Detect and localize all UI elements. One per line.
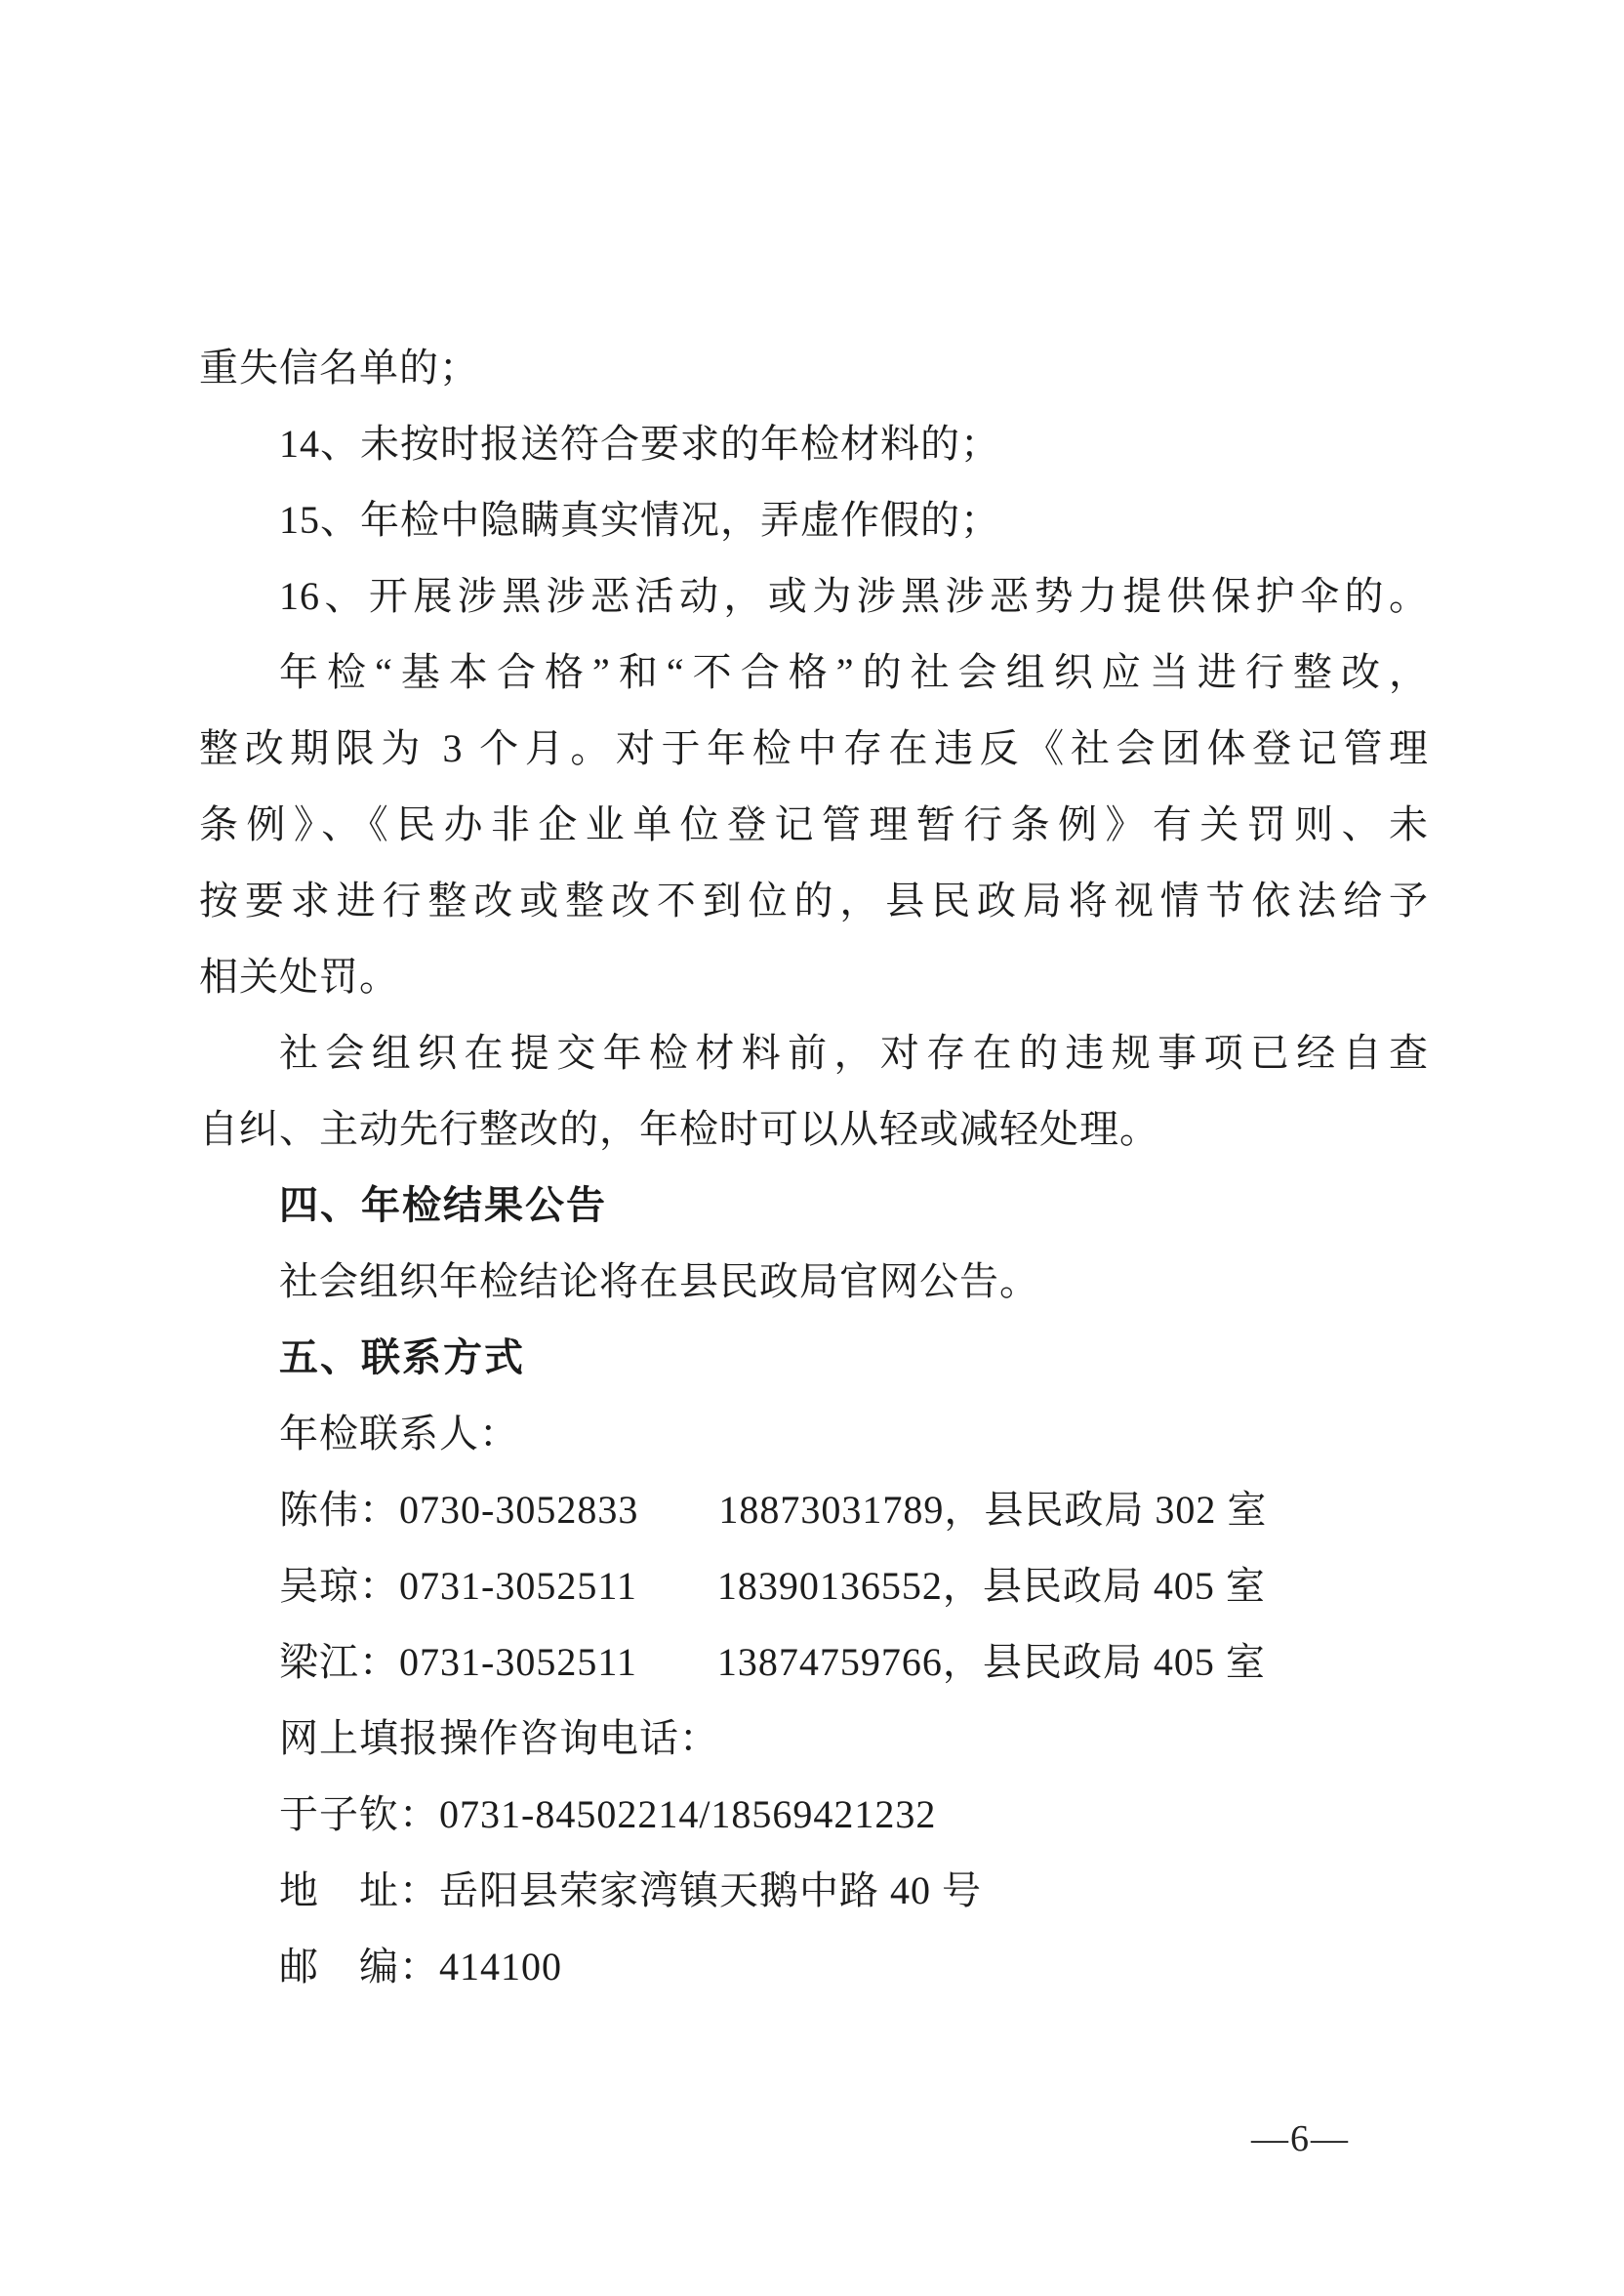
section-heading-5: 五、联系方式 <box>199 1320 1429 1396</box>
online-consult-intro: 网上填报操作咨询电话： <box>199 1701 1429 1777</box>
continuation-line: 重失信名单的； <box>199 330 1429 406</box>
contact-yu-ziqin: 于子钦：0731-84502214/18569421232 <box>199 1777 1429 1853</box>
para-selfcheck-line-1: 社会组织在提交年检材料前，对存在的违规事项已经自查 <box>199 1015 1429 1091</box>
list-item-16: 16、开展涉黑涉恶活动，或为涉黑涉恶势力提供保护伞的。 <box>199 558 1429 635</box>
para-rectify-line-3: 条例》、《民办非企业单位登记管理暂行条例》有关罚则、未 <box>199 787 1429 863</box>
para-rectify-line-4: 按要求进行整改或整改不到位的，县民政局将视情节依法给予 <box>199 863 1429 939</box>
para-rectify-line-5: 相关处罚。 <box>199 939 1429 1015</box>
contact-chen-wei: 陈伟：0730-3052833 18873031789，县民政局 302 室 <box>199 1472 1429 1548</box>
para-announcement: 社会组织年检结论将在县民政局官网公告。 <box>199 1244 1429 1320</box>
list-item-14: 14、未按时报送符合要求的年检材料的； <box>199 406 1429 482</box>
document-page: 重失信名单的； 14、未按时报送符合要求的年检材料的； 15、年检中隐瞒真实情况… <box>0 0 1624 2296</box>
document-body: 重失信名单的； 14、未按时报送符合要求的年检材料的； 15、年检中隐瞒真实情况… <box>199 330 1429 2005</box>
postcode-line: 邮 编：414100 <box>199 1929 1429 2005</box>
contact-intro: 年检联系人： <box>199 1396 1429 1472</box>
para-rectify-line-2: 整改期限为 3 个月。对于年检中存在违反《社会团体登记管理 <box>199 711 1429 787</box>
list-item-15: 15、年检中隐瞒真实情况，弄虚作假的； <box>199 482 1429 558</box>
contact-liang-jiang: 梁江：0731-3052511 13874759766，县民政局 405 室 <box>199 1624 1429 1701</box>
address-line: 地 址：岳阳县荣家湾镇天鹅中路 40 号 <box>199 1853 1429 1929</box>
para-selfcheck-line-2: 自纠、主动先行整改的，年检时可以从轻或减轻处理。 <box>199 1091 1429 1168</box>
page-number: —6— <box>1251 2116 1350 2161</box>
contact-wu-qiong: 吴琼：0731-3052511 18390136552，县民政局 405 室 <box>199 1548 1429 1624</box>
para-rectify-line-1: 年检“基本合格”和“不合格”的社会组织应当进行整改， <box>199 635 1429 711</box>
section-heading-4: 四、年检结果公告 <box>199 1168 1429 1244</box>
